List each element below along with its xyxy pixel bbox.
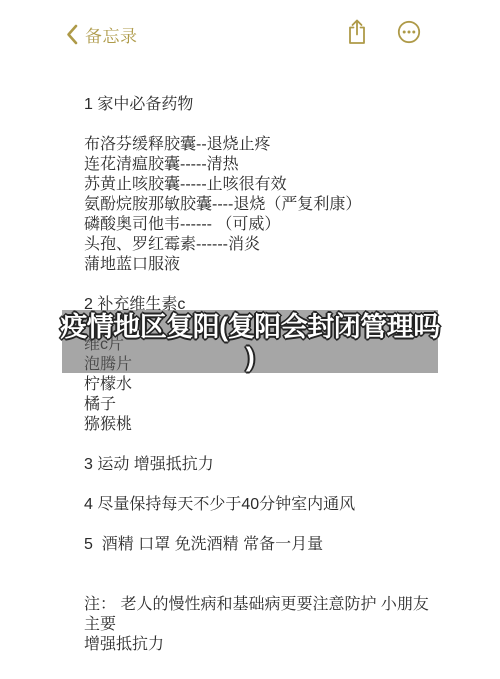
note-line: [84, 275, 438, 295]
note-line: [84, 435, 438, 455]
note-line: [84, 315, 438, 335]
note-line: 维c片: [84, 335, 438, 355]
note-line: 头孢、罗红霉素------消炎: [84, 235, 438, 255]
note-line: 注： 老人的慢性病和基础病更要注意防护 小朋友主要: [84, 595, 438, 635]
note-line: 猕猴桃: [84, 415, 438, 435]
back-button[interactable]: 备忘录: [62, 22, 138, 47]
note-line: 增强抵抗力: [84, 635, 438, 655]
note-line: [84, 515, 438, 535]
note-line: 柠檬水: [84, 375, 438, 395]
note-line: 橘子: [84, 395, 438, 415]
note-line: [84, 115, 438, 135]
note-line: 3 运动 增强抵抗力: [84, 455, 438, 475]
note-line: 苏黄止咳胶囊-----止咳很有效: [84, 175, 438, 195]
note-line: 1 家中必备药物: [84, 95, 438, 115]
note-line: [84, 555, 438, 575]
ellipsis-icon: [397, 20, 421, 49]
note-line: 连花清瘟胶囊-----清热: [84, 155, 438, 175]
note-line: 磷酸奥司他韦------ （可威）: [84, 215, 438, 235]
back-label: 备忘录: [85, 22, 138, 47]
more-button[interactable]: [396, 19, 422, 49]
note-line: 蒲地蓝口服液: [84, 255, 438, 275]
note-line: 5 酒精 口罩 免洗酒精 常备一月量: [84, 535, 438, 555]
note-line: 2 补充维生素c: [84, 295, 438, 315]
notes-app-screen: 备忘录: [0, 0, 500, 679]
note-header: 备忘录: [62, 18, 438, 50]
note-line: 泡腾片: [84, 355, 438, 375]
note-content[interactable]: 1 家中必备药物 布洛芬缓释胶囊--退烧止疼连花清瘟胶囊-----清热苏黄止咳胶…: [84, 95, 438, 655]
share-icon: [347, 19, 367, 50]
chevron-left-icon: [66, 24, 78, 45]
note-line: 布洛芬缓释胶囊--退烧止疼: [84, 135, 438, 155]
share-button[interactable]: [344, 19, 370, 49]
note-line: [84, 475, 438, 495]
note-line: [84, 575, 438, 595]
note-line: 4 尽量保持每天不少于40分钟室内通风: [84, 495, 438, 515]
note-line: 氨酚烷胺那敏胶囊----退烧（严复利康）: [84, 195, 438, 215]
